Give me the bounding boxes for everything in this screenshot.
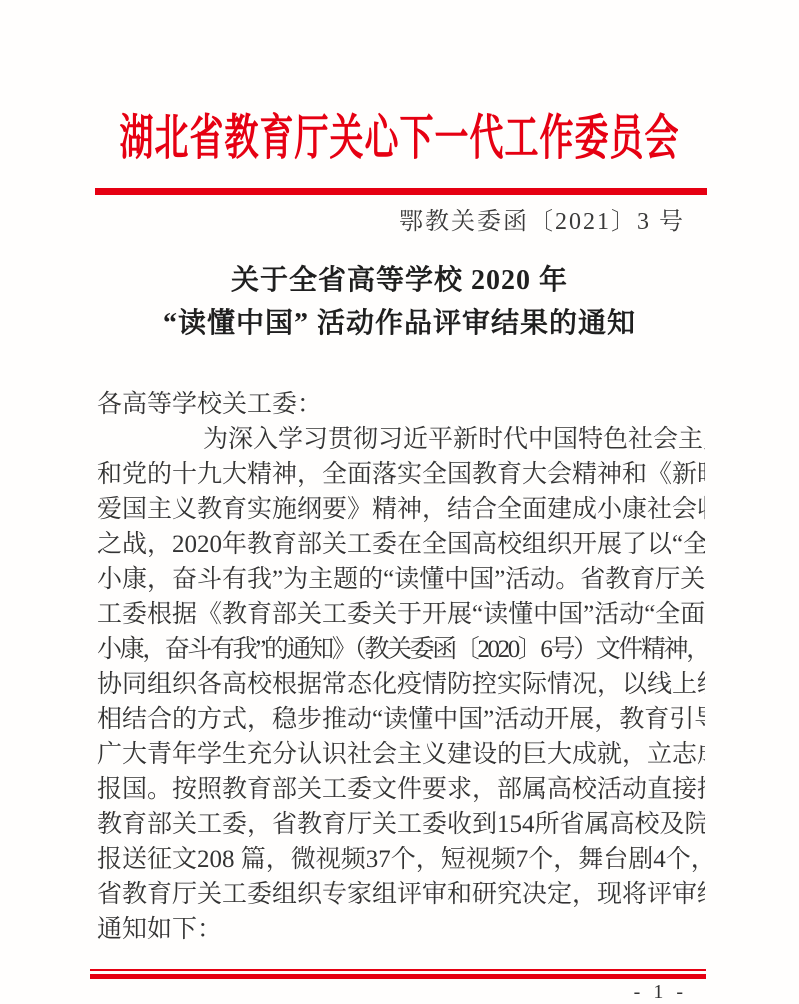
letterhead-red-rule — [95, 188, 707, 195]
body-line: 广大青年学生充分认识社会主义建设的巨大成就，立志成才 — [97, 737, 705, 772]
body-line: 省教育厅关工委组织专家组评审和研究决定，现将评审结果 — [97, 877, 705, 912]
letterhead-org-name: 湖北省教育厅关心下一代工作委员会 — [120, 100, 680, 180]
body-line: 小康，奋斗有我”的通知》（教关委函〔2020〕6号）文件精神， — [97, 632, 705, 667]
document-title: 关于全省高等学校 2020 年 “读懂中国” 活动作品评审结果的通知 — [0, 259, 799, 345]
document-body: 各高等学校关工委： 为深入学习贯彻习近平新时代中国特色社会主义思想 和党的十九大… — [0, 387, 705, 947]
body-line: 小康，奋斗有我”为主题的“读懂中国”活动。省教育厅关 — [97, 562, 705, 597]
footer-rule-thick-line — [90, 974, 706, 979]
body-line: 为深入学习贯彻习近平新时代中国特色社会主义思想 — [97, 422, 705, 457]
body-line: 和党的十九大精神，全面落实全国教育大会精神和《新时代 — [97, 457, 705, 492]
footer-double-red-rule — [90, 969, 706, 979]
letterhead: 湖北省教育厅关心下一代工作委员会 — [0, 0, 799, 168]
body-line: 通知如下： — [97, 912, 705, 947]
body-line: 报送征文208 篇，微视频37个，短视频7个，舞台剧4个，经 — [97, 842, 705, 877]
document-number: 鄂教关委函〔2021〕3 号 — [0, 207, 799, 237]
body-line: 相结合的方式，稳步推动“读懂中国”活动开展，教育引导 — [97, 702, 705, 737]
document-title-line-2: “读懂中国” 活动作品评审结果的通知 — [0, 302, 799, 345]
body-line: 工委根据《教育部关工委关于开展“读懂中国”活动“全面 — [97, 597, 705, 632]
body-line: 教育部关工委，省教育厅关工委收到154所省属高校及院系共 — [97, 807, 705, 842]
body-line: 报国。按照教育部关工委文件要求，部属高校活动直接报送 — [97, 772, 705, 807]
official-document-page: 湖北省教育厅关心下一代工作委员会 鄂教关委函〔2021〕3 号 关于全省高等学校… — [0, 0, 799, 1004]
salutation: 各高等学校关工委： — [97, 387, 705, 422]
body-line: 之战，2020年教育部关工委在全国高校组织开展了以“全面 — [97, 527, 705, 562]
body-line: 协同组织各高校根据常态化疫情防控实际情况，以线上线下 — [97, 667, 705, 702]
body-line: 爱国主义教育实施纲要》精神，结合全面建成小康社会收官 — [97, 492, 705, 527]
page-number: - 1 - — [634, 981, 687, 1003]
document-title-line-1: 关于全省高等学校 2020 年 — [0, 259, 799, 302]
